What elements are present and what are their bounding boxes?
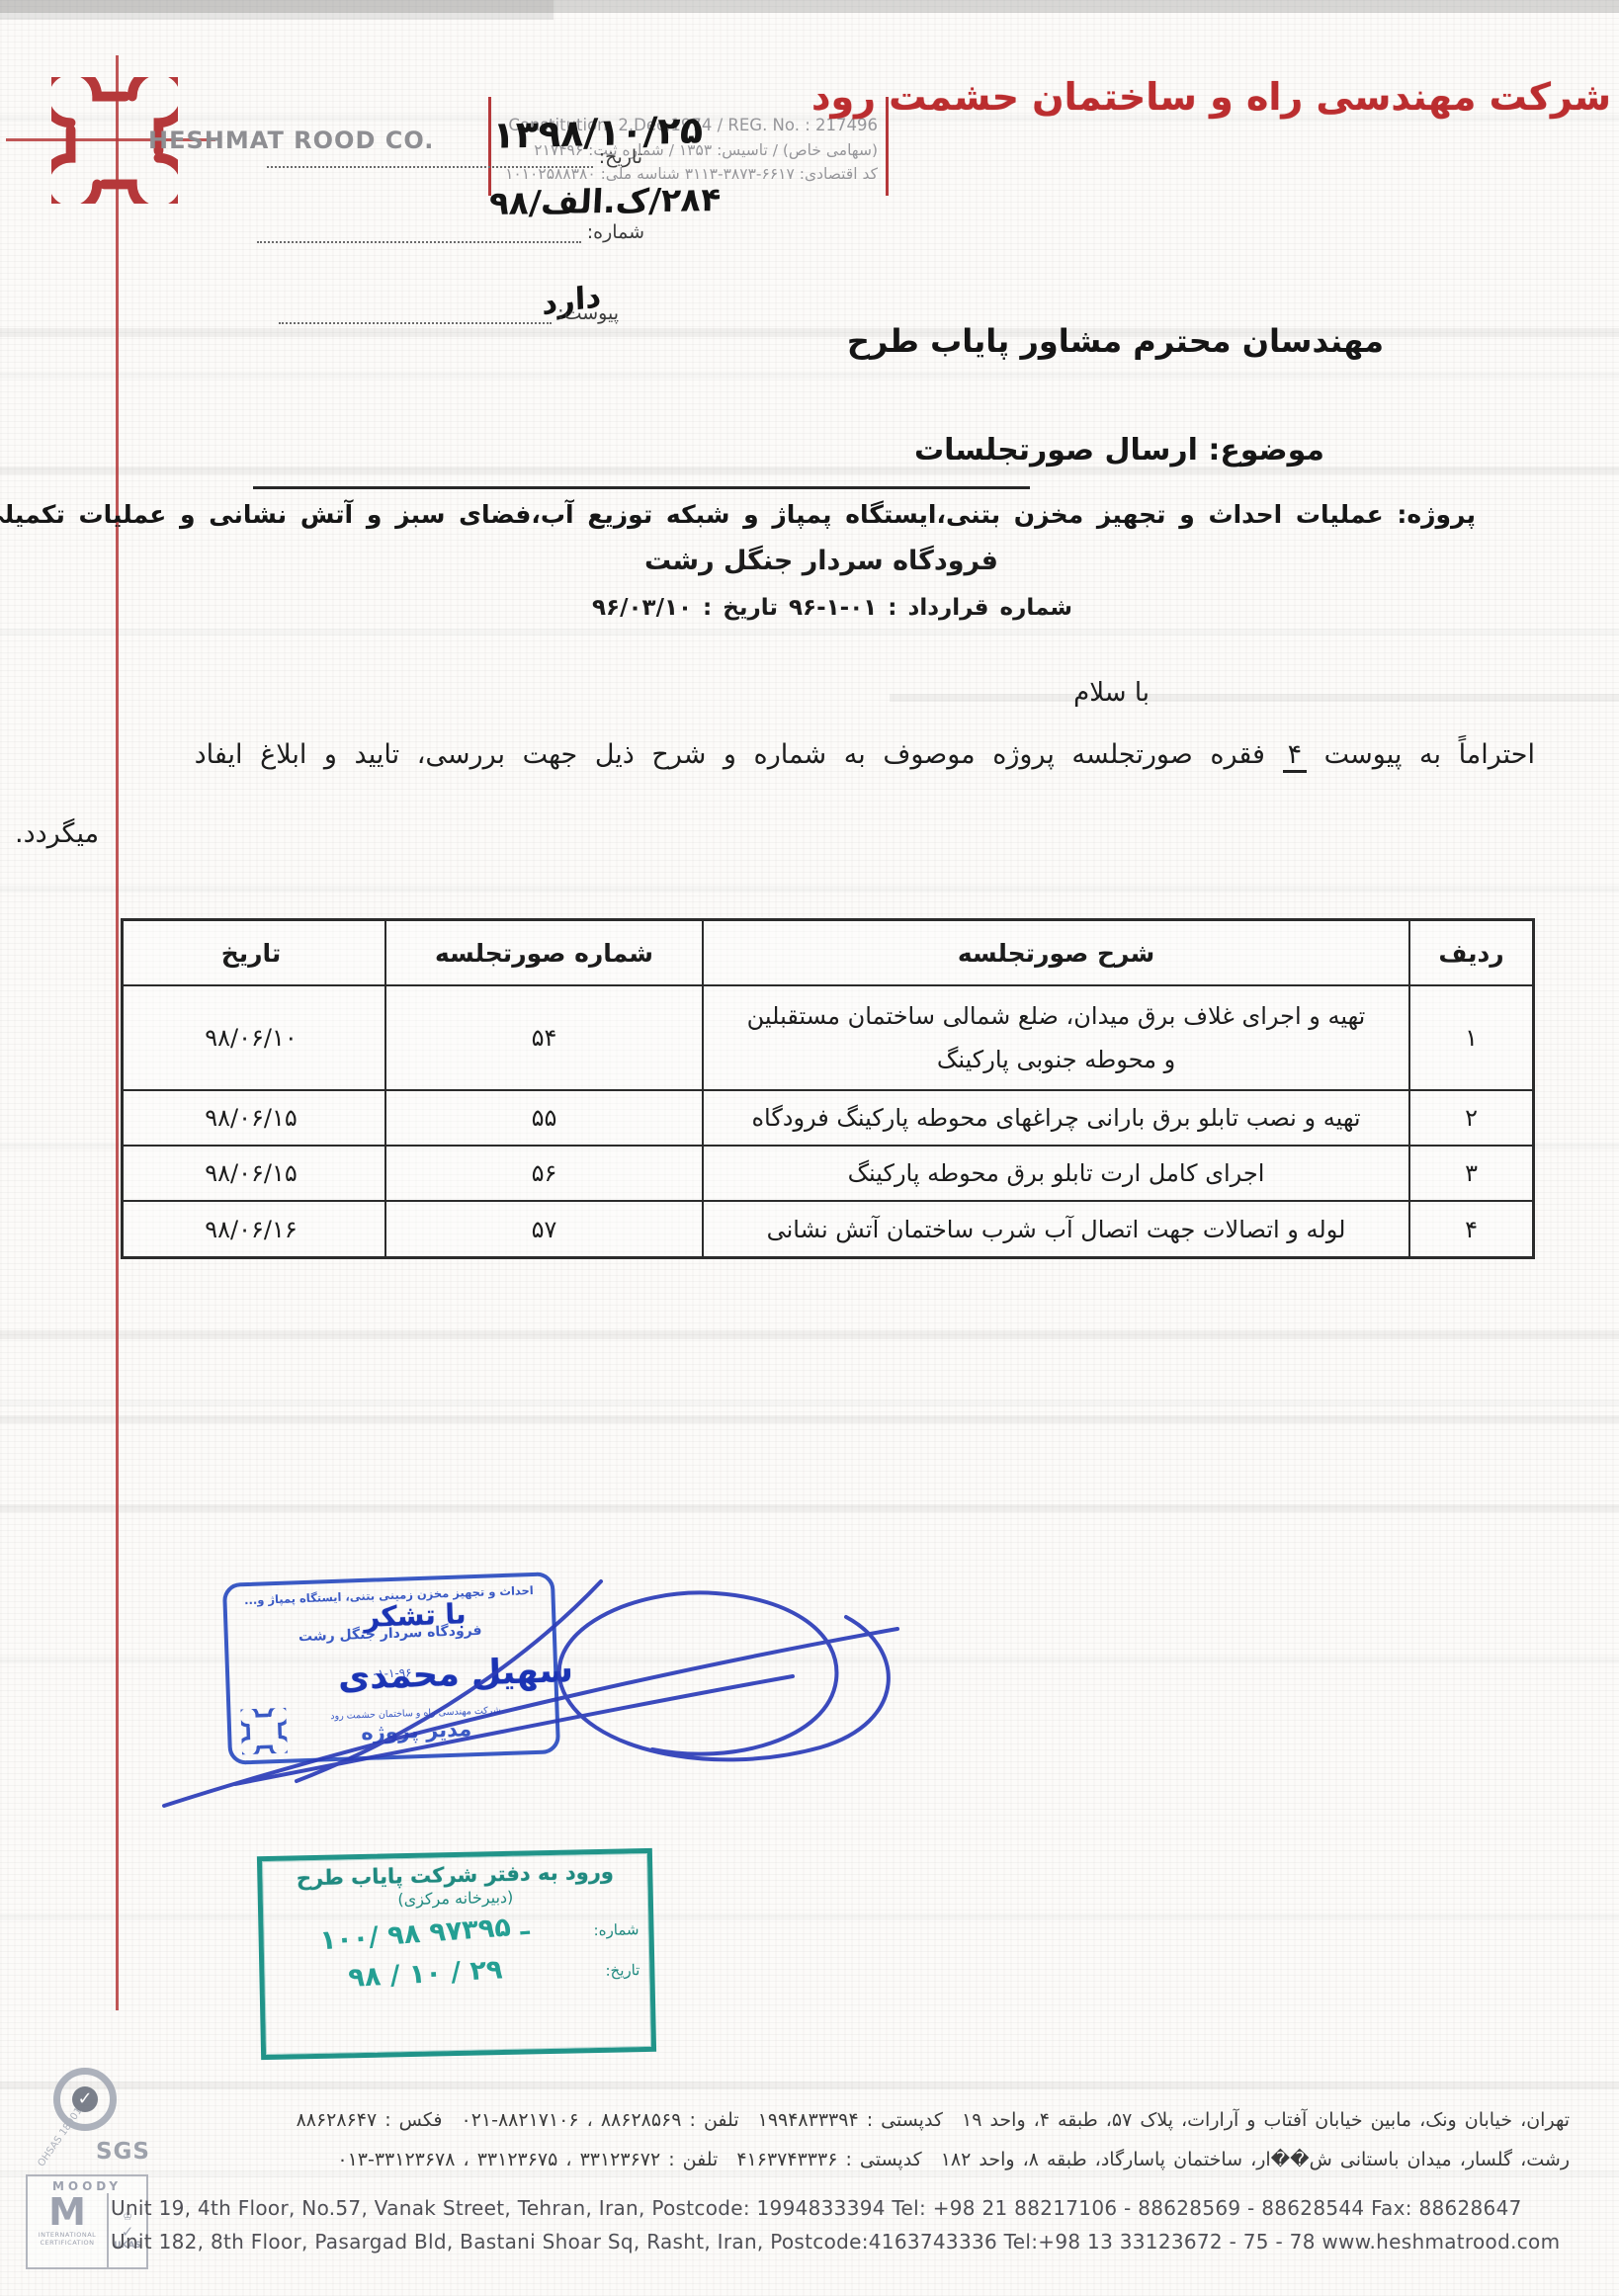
- cell-description: تهیه و نصب تابلو برق بارانی چراغهای محوط…: [702, 1091, 1408, 1145]
- description-line-2: و محوطه جنوبی پارکینگ: [937, 1038, 1175, 1081]
- body-line-1: احتراماً به پیوست ۴ فقره صورتجلسه پروژه …: [195, 739, 1535, 770]
- cell-minutes-no: ۵۵: [384, 1091, 702, 1145]
- number-field: شماره:: [257, 221, 644, 243]
- table-row: ۳ اجرای کامل ارت تابلو برق محوطه پارکینگ…: [124, 1145, 1532, 1200]
- receipt-date-handwritten: ۲۹ / ۱۰ / ۹۸: [274, 1950, 577, 1998]
- subject-underline: [253, 486, 1030, 489]
- description-line-1: تهیه و اجرای غلاف برق میدان، ضلع شمالی س…: [747, 994, 1366, 1038]
- cell-row-no: ۲: [1408, 1091, 1532, 1145]
- receipt-number-label: شماره:: [575, 1920, 639, 1939]
- footer-address-fa-rasht: رشت، گلسار، میدان باستانی ش��ار، ساختمان…: [337, 2149, 1570, 2170]
- moody-m-icon: M: [28, 2193, 107, 2231]
- footer-address-en-tehran: Unit 19, 4th Floor, No.57, Vanak Street,…: [111, 2196, 1522, 2220]
- date-label: تاریخ:: [599, 146, 642, 168]
- scanned-letter-page: HESHMAT ROOD CO. Constitution: 2.Dec.197…: [0, 0, 1619, 2296]
- contract-info: شماره قرارداد : ۰۱-۱-۹۶ تاریخ : ۹۶/۰۳/۱۰: [592, 595, 1072, 621]
- footer-address-en-rasht: Unit 182, 8th Floor, Pasargad Bld, Basta…: [111, 2230, 1560, 2253]
- attachment-count: ۴: [1283, 739, 1308, 773]
- stamp-logo-icon: [240, 1708, 288, 1755]
- project-site: فرودگاه سردار جنگل رشت: [644, 546, 998, 576]
- header-description: شرح صورتجلسه: [702, 921, 1408, 984]
- moody-m-block: M INTERNATIONAL CERTIFICATION: [28, 2193, 107, 2267]
- header-date: تاریخ: [118, 921, 384, 984]
- receipt-number-row: شماره: ‪۱۰۰/ ۹۸ ـ ۹۷۳۹۵‬: [273, 1913, 639, 1952]
- moody-certification-logo: MOODY M INTERNATIONAL CERTIFICATION ♔ ✓ …: [26, 2174, 148, 2269]
- header-row-no: ردیف: [1408, 921, 1532, 984]
- date-dotted-line: [267, 166, 593, 168]
- scan-streak: [0, 1504, 1619, 1512]
- scan-streak: [0, 2082, 1619, 2089]
- body-suffix: فقره صورتجلسه پروژه موصوف به شماره و شرح…: [195, 739, 1265, 770]
- recipient: مهندسان محترم مشاور پایاب طرح: [847, 322, 1384, 360]
- body-line-2: میگردد.: [15, 818, 99, 849]
- company-name-fa: شرکت مهندسی راه و ساختمان حشمت رود: [811, 75, 1611, 119]
- project-title: پروژه: عملیات احداث و تجهیز مخزن بتنی،ای…: [0, 500, 1476, 529]
- salutation: با سلام: [1073, 678, 1150, 708]
- moody-label: MOODY: [28, 2176, 146, 2193]
- cell-row-no: ۳: [1408, 1147, 1532, 1200]
- date-field: تاریخ:: [267, 146, 642, 168]
- moody-intl-label: INTERNATIONAL CERTIFICATION: [28, 2231, 107, 2247]
- signer-name: سهیل محمدی: [337, 1651, 573, 1698]
- number-label: شماره:: [587, 221, 644, 243]
- number-value-handwritten: ۲۸۴/ک.الف/۹۸: [488, 180, 722, 222]
- header-minutes-no: شماره صورتجلسه: [384, 921, 702, 984]
- cell-row-no: ۴: [1408, 1202, 1532, 1256]
- body-prefix: احتراماً به پیوست: [1324, 739, 1535, 770]
- cell-minutes-no: ۵۴: [384, 986, 702, 1089]
- table-header-row: ردیف شرح صورتجلسه شماره صورتجلسه تاریخ: [124, 921, 1532, 984]
- subject: موضوع: ارسال صورتجلسات: [914, 433, 1324, 468]
- attachment-label: پیوست:: [557, 302, 619, 324]
- scan-artifact-band: [0, 0, 1619, 13]
- stamp-company-role: شرکت مهندسی راه و ساختمان حشمت رود مدیر …: [287, 1704, 547, 1747]
- receipt-date-label: تاریخ:: [576, 1961, 639, 1980]
- cell-description: لوله و اتصالات جهت اتصال آب شرب ساختمان …: [702, 1202, 1408, 1256]
- receipt-stamp: ورود به دفتر شرکت پایاب طرح (دبیرخانه مر…: [257, 1848, 656, 2060]
- receipt-date-row: تاریخ: ۲۹ / ۱۰ / ۹۸: [274, 1954, 640, 1993]
- scan-artifact-band: [0, 0, 554, 20]
- number-dotted-line: [257, 241, 581, 243]
- table-row: ۲ تهیه و نصب تابلو برق بارانی چراغهای مح…: [124, 1089, 1532, 1145]
- attachment-field: پیوست:: [279, 302, 619, 324]
- cell-minutes-no: ۵۷: [384, 1202, 702, 1256]
- cell-date: ۹۸/۰۶/۱۰: [118, 986, 384, 1089]
- stamp-bottom-row: شرکت مهندسی راه و ساختمان حشمت رود مدیر …: [240, 1699, 546, 1755]
- table-row: ۴ لوله و اتصالات جهت اتصال آب شرب ساختما…: [124, 1200, 1532, 1256]
- cell-minutes-no: ۵۶: [384, 1147, 702, 1200]
- scan-streak: [0, 1330, 1619, 1339]
- cell-date: ۹۸/۰۶/۱۵: [118, 1091, 384, 1145]
- scan-streak: [0, 1415, 1619, 1423]
- cell-row-no: ۱: [1408, 986, 1532, 1089]
- cell-date: ۹۸/۰۶/۱۶: [118, 1202, 384, 1256]
- scan-streak: [890, 694, 1619, 702]
- minutes-table: ردیف شرح صورتجلسه شماره صورتجلسه تاریخ ۱…: [121, 918, 1535, 1259]
- sgs-certification-logo: ✓ OHSAS 18001 SGS: [30, 2062, 150, 2168]
- cell-description: اجرای کامل ارت تابلو برق محوطه پارکینگ: [702, 1147, 1408, 1200]
- scan-streak: [0, 467, 1619, 474]
- table-row: ۱ تهیه و اجرای غلاف برق میدان، ضلع شمالی…: [124, 984, 1532, 1089]
- attachment-dotted-line: [279, 322, 552, 324]
- sgs-label: SGS: [96, 2139, 150, 2165]
- sgs-ring-icon: ✓: [53, 2068, 117, 2131]
- footer-address-fa-tehran: تهران، خیابان ونک، مابین خیابان آفتاب و …: [297, 2109, 1570, 2131]
- thanks-note: با تشکر: [363, 1597, 467, 1634]
- cell-date: ۹۸/۰۶/۱۵: [118, 1147, 384, 1200]
- cell-description: تهیه و اجرای غلاف برق میدان، ضلع شمالی س…: [702, 986, 1408, 1089]
